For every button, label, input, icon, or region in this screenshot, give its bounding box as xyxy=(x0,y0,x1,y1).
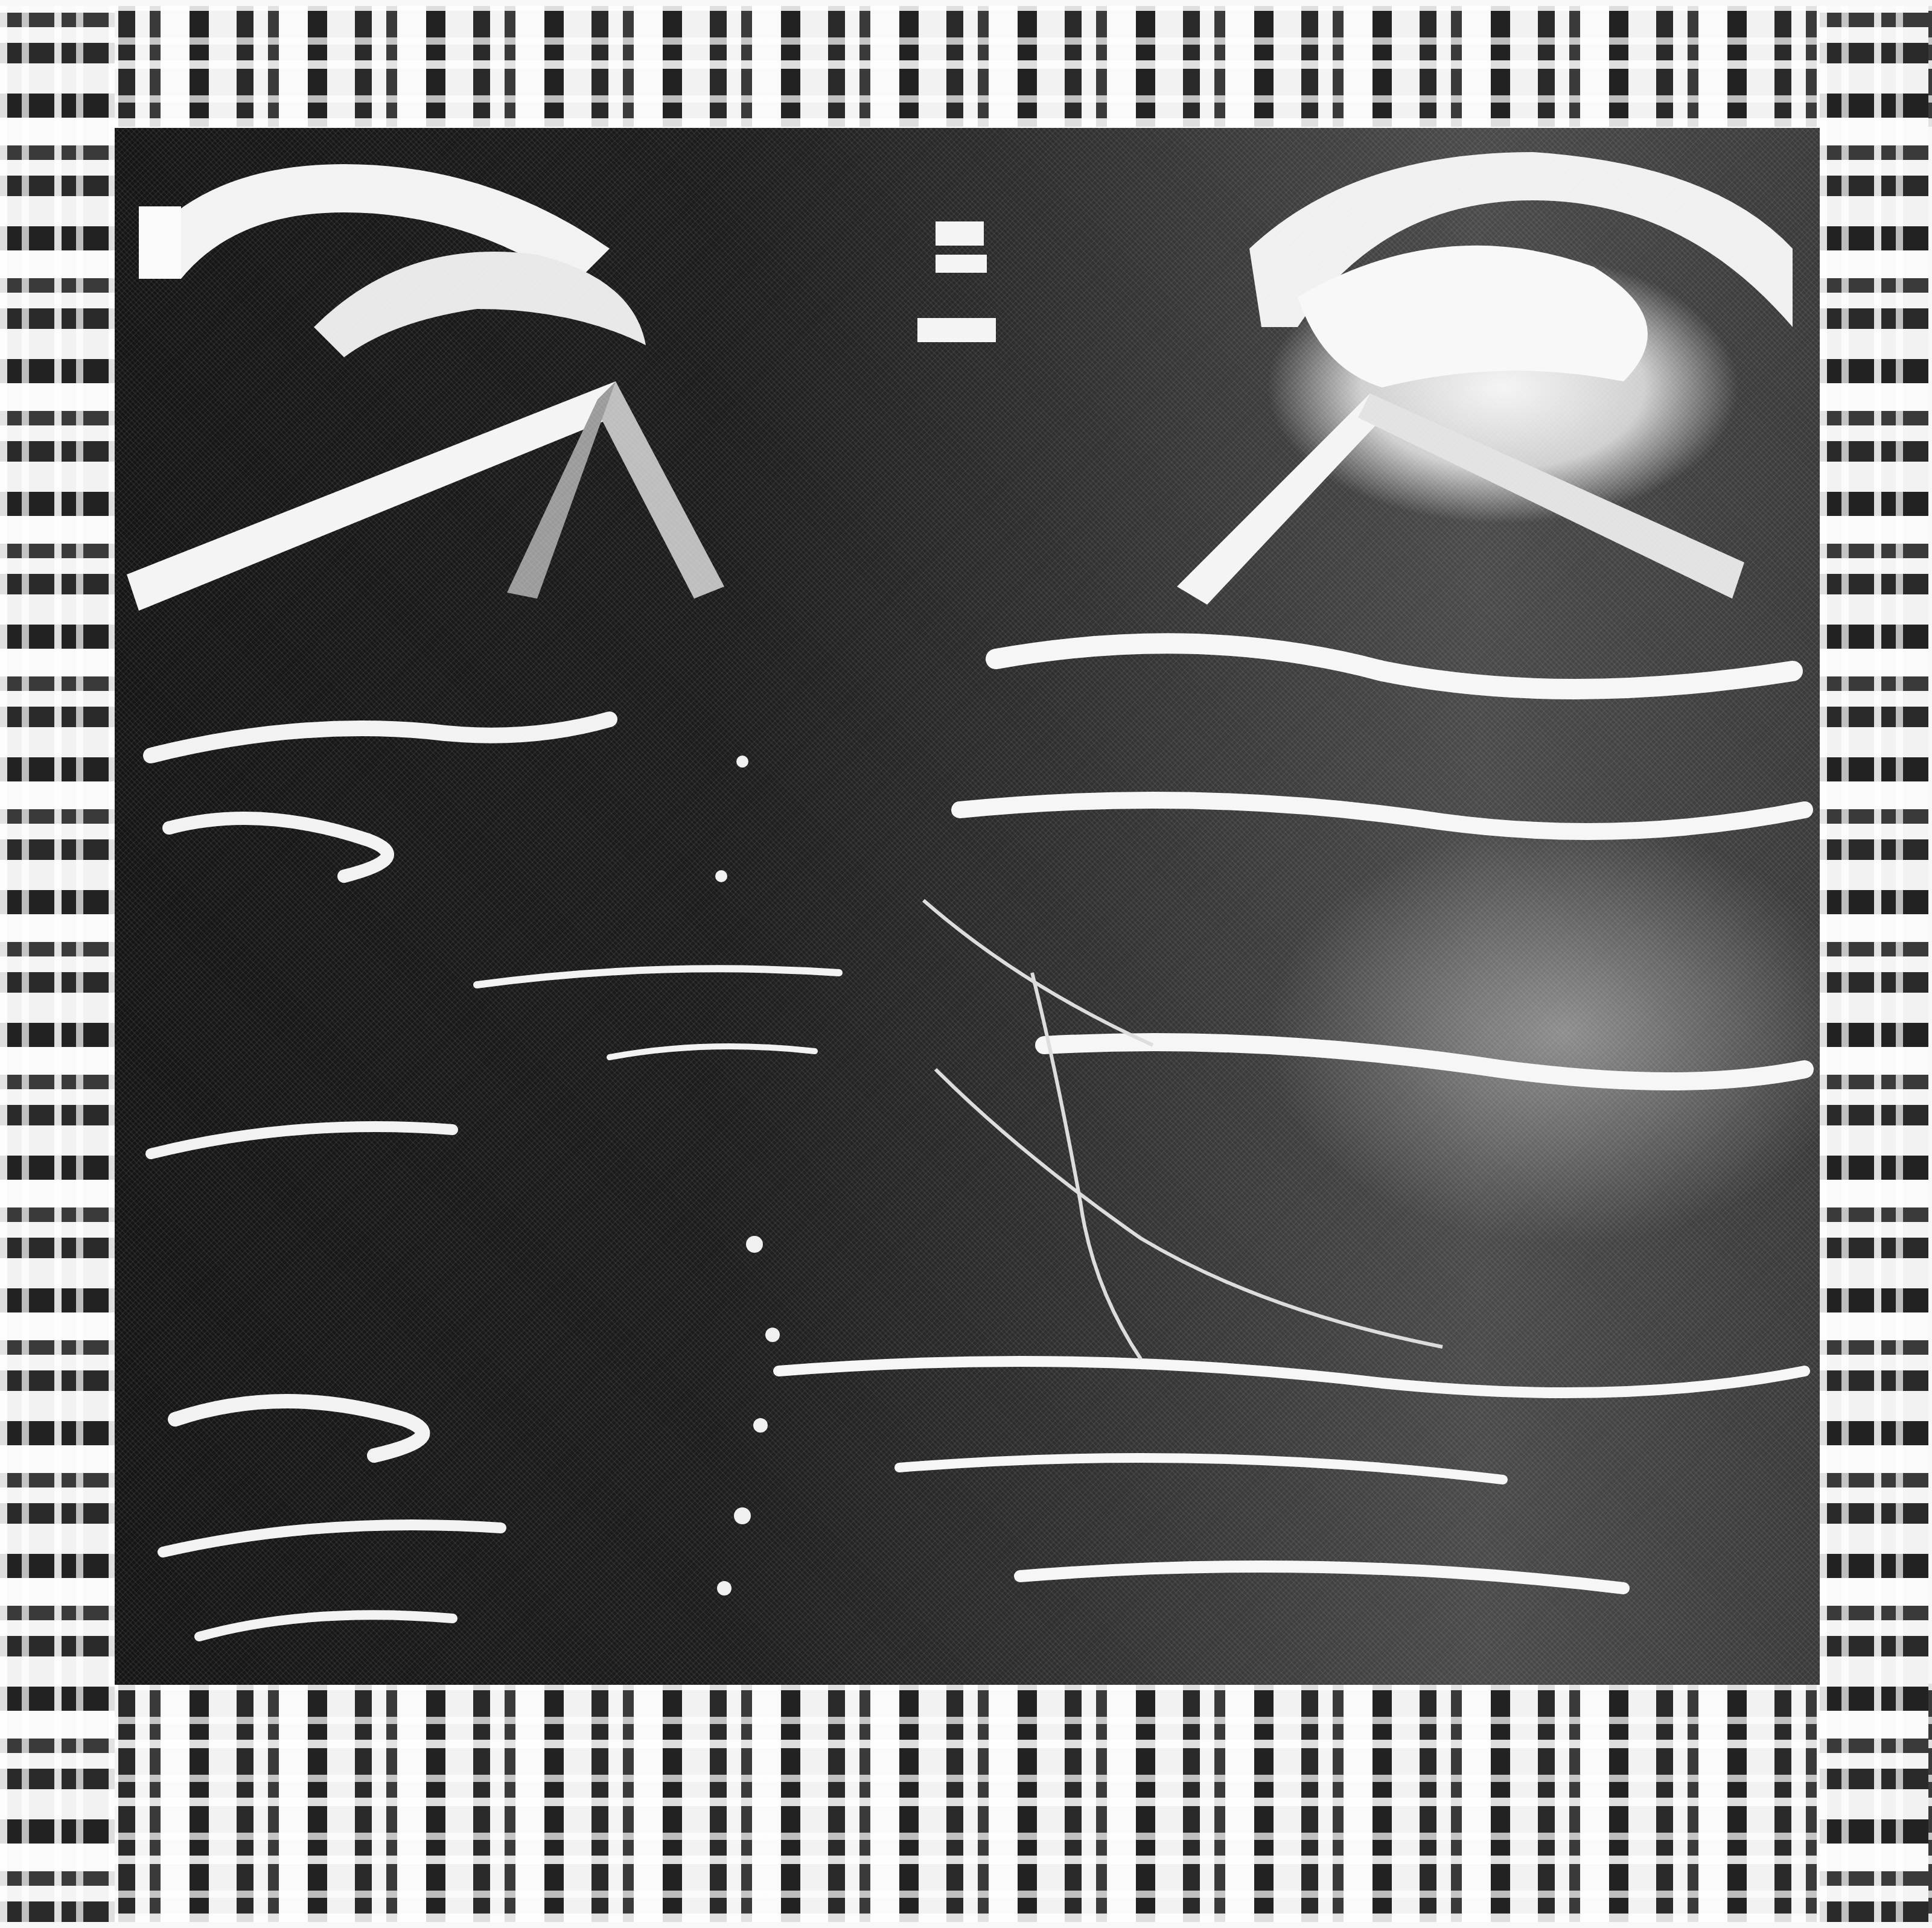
halftone-grain xyxy=(115,128,1820,1685)
halftone-artwork xyxy=(0,0,1932,1928)
border-right xyxy=(1820,6,1928,1922)
border-bottom xyxy=(0,1684,1932,1922)
border-top xyxy=(0,6,1932,127)
central-picture xyxy=(115,128,1820,1685)
border-left xyxy=(0,6,115,1922)
